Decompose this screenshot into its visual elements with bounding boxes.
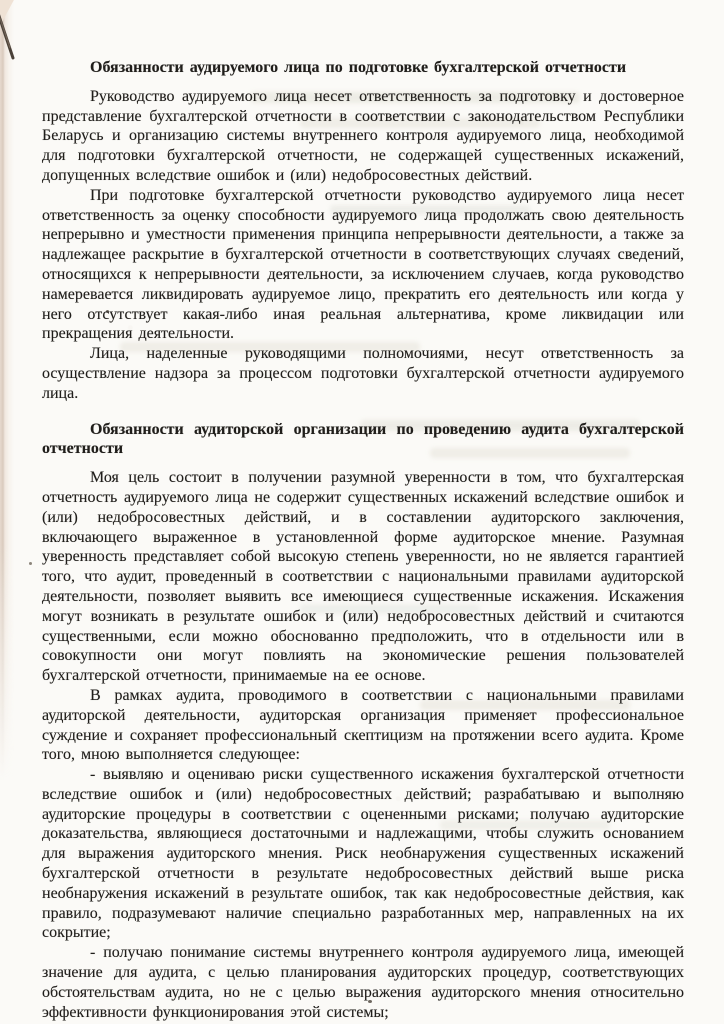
page-edge-shadow: [0, 0, 14, 780]
paragraph-management-responsibility: Руководство аудируемого лица несет ответ…: [42, 87, 684, 186]
paragraph-going-concern: При подготовке бухгалтерской отчетности …: [42, 186, 684, 344]
scanned-document-page: Обязанности аудируемого лица по подготов…: [0, 0, 724, 1024]
paragraph-audit-objective: Моя цель состоит в получении разумной ув…: [42, 468, 684, 686]
scan-corner-artifact: [0, 0, 40, 80]
list-item-risk-assessment: - выявляю и оцениваю риски существенного…: [42, 765, 684, 943]
paragraph-professional-skepticism: В рамках аудита, проводимого в соответст…: [42, 686, 684, 765]
list-item-internal-control: - получаю понимание системы внутреннего …: [42, 943, 684, 1022]
document-text-column: Обязанности аудируемого лица по подготов…: [42, 58, 684, 1022]
heading-audited-entity-responsibilities: Обязанности аудируемого лица по подготов…: [42, 58, 684, 78]
corner-artifact-graphic: [0, 0, 40, 80]
paragraph-governance-oversight: Лица, наделенные руководящими полномочия…: [42, 344, 684, 403]
heading-auditor-responsibilities: Обязанности аудиторской организации по п…: [42, 420, 684, 460]
scan-speck: [29, 562, 32, 565]
